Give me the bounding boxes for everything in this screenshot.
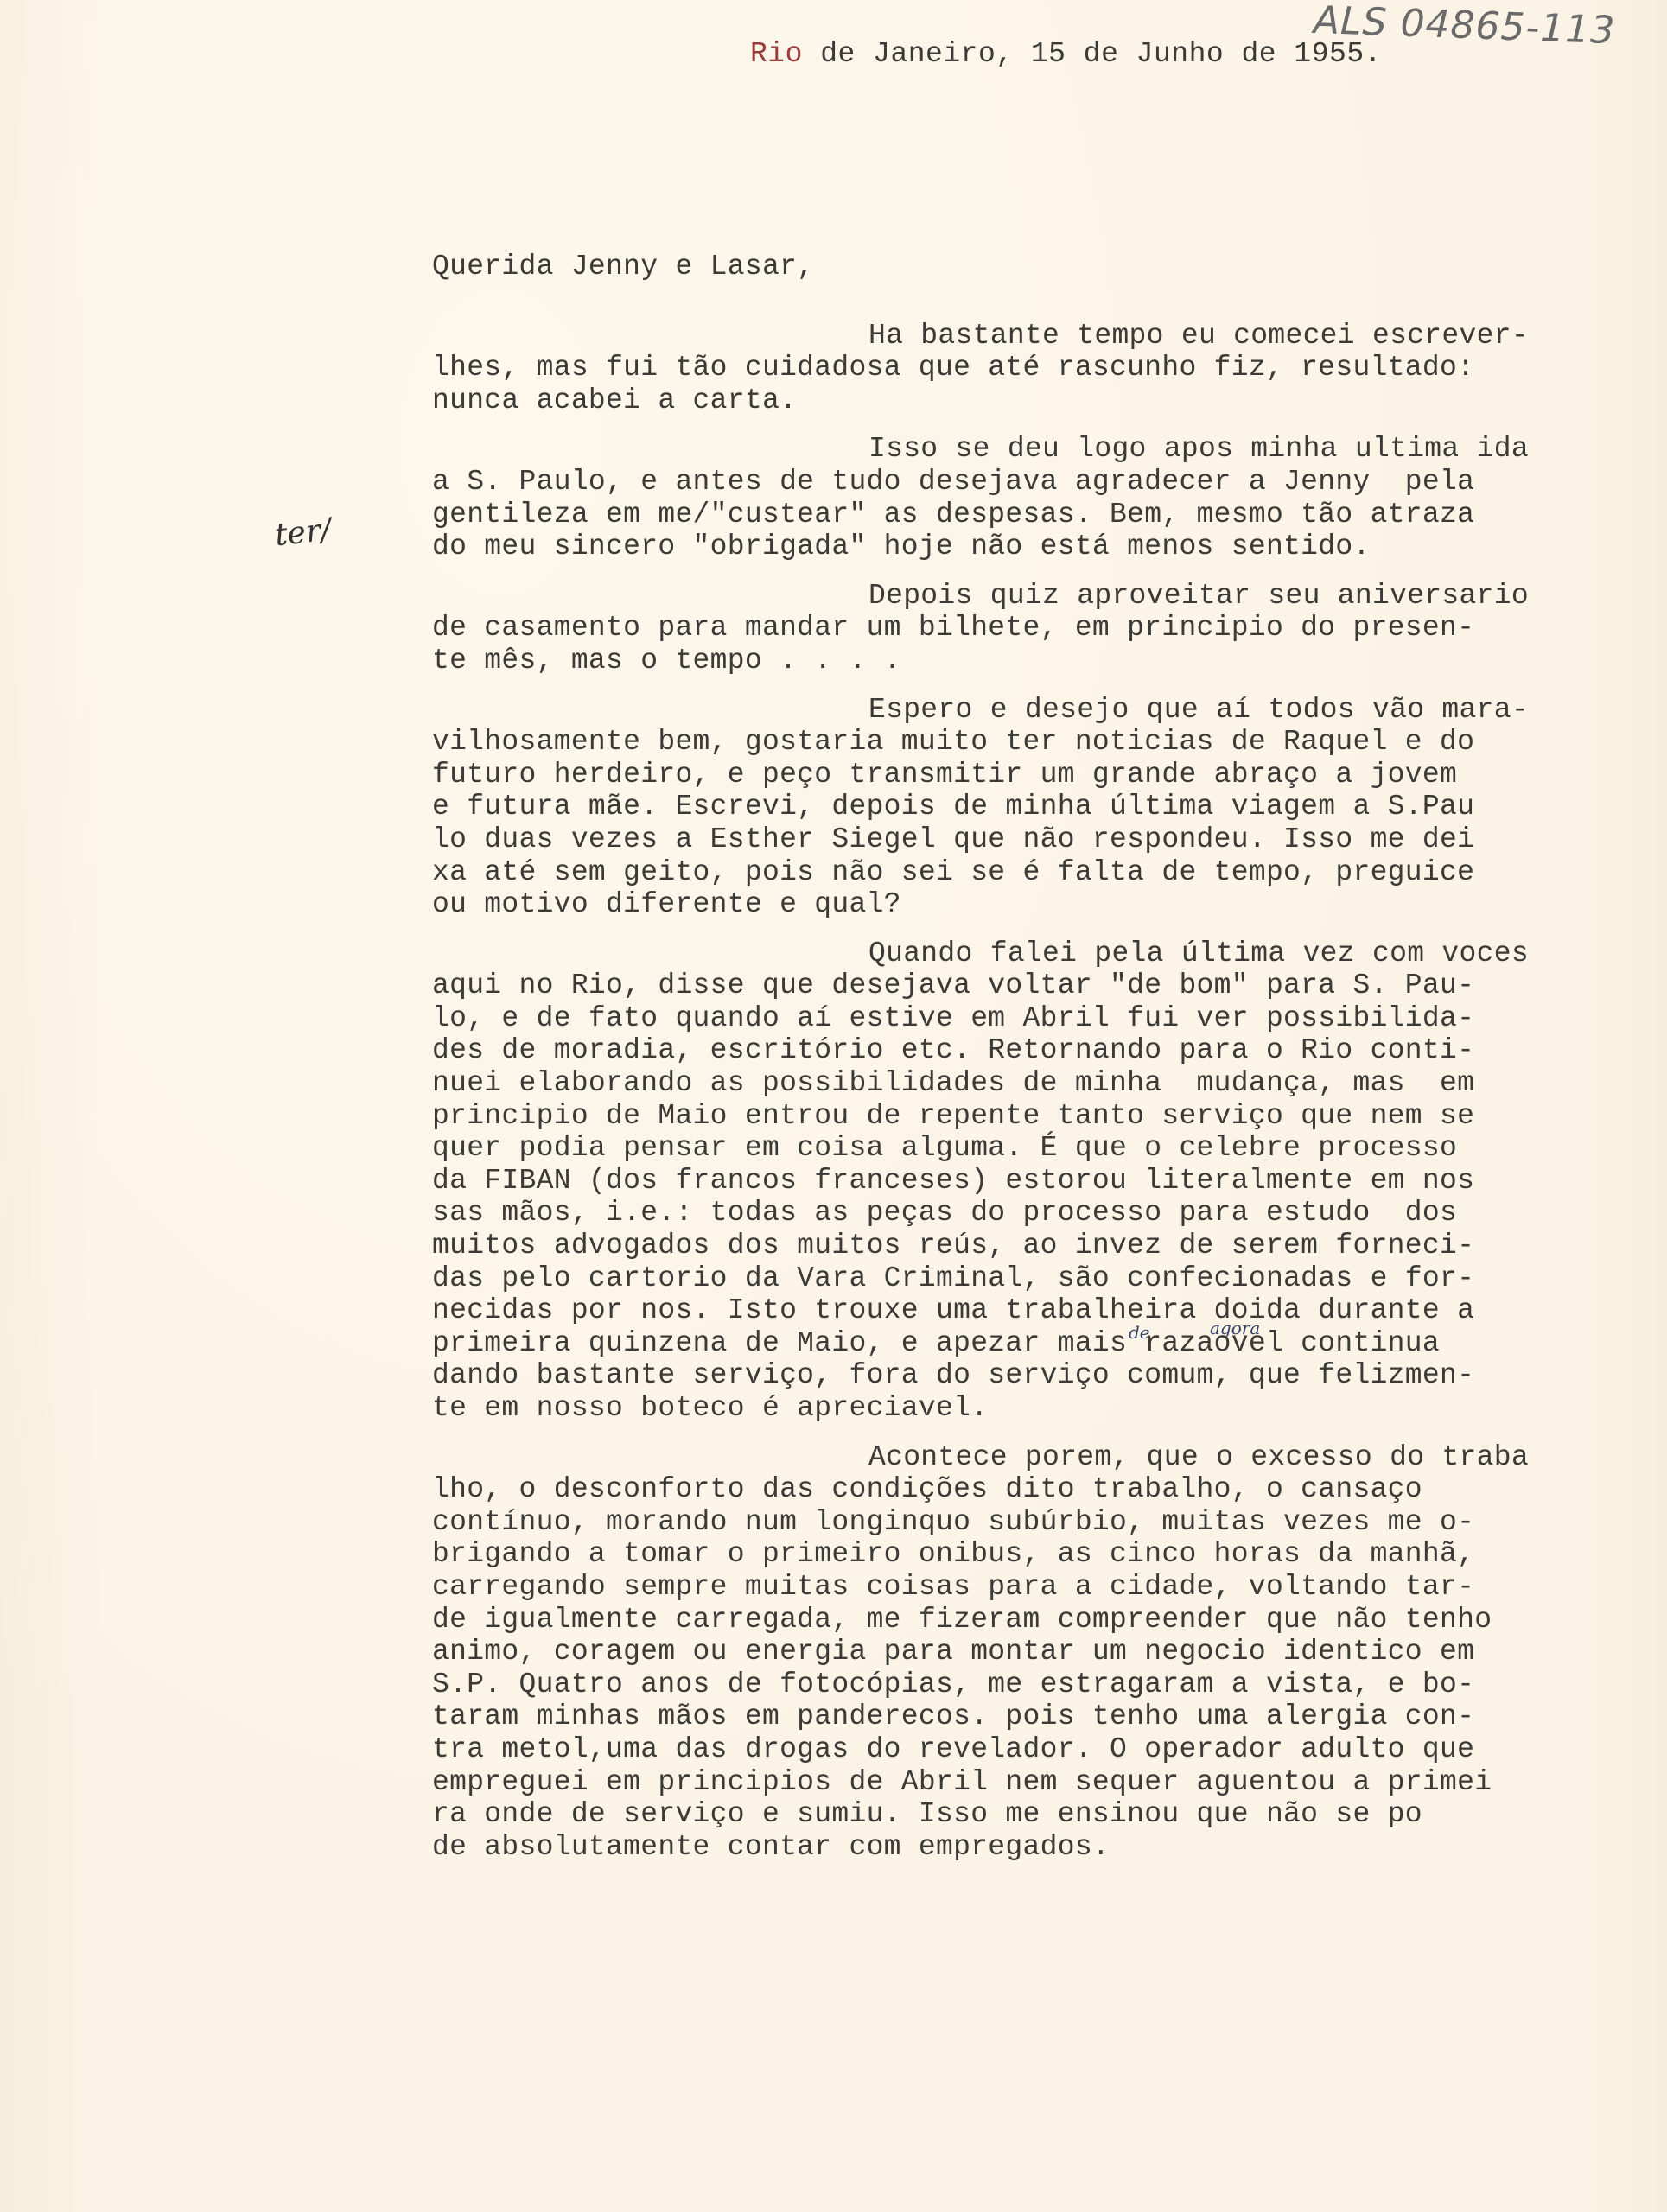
text-line: e futura mãe. Escrevi, depois de minha ú… <box>432 791 1642 823</box>
paragraph-1: Ha bastante tempo eu comecei escrever- l… <box>432 320 1642 417</box>
text-line: gentileza em me/"custear" as despesas. B… <box>432 499 1642 531</box>
text-line: lo, e de fato quando aí estive em Abril … <box>432 1002 1642 1035</box>
text-line: primeira quinzena de Maio, e apezar mais… <box>432 1327 1642 1360</box>
text-line: necidas por nos. Isto trouxe uma trabalh… <box>432 1294 1642 1327</box>
dateline: Rio de Janeiro, 15 de Junho de 1955. <box>750 38 1382 70</box>
text-line: Acontece porem, que o excesso do traba <box>432 1441 1642 1474</box>
paragraph-2: Isso se deu logo apos minha ultima ida a… <box>432 433 1642 563</box>
handwritten-margin-note: ter/ <box>273 512 333 554</box>
text-line: futuro herdeiro, e peço transmitir um gr… <box>432 759 1642 791</box>
text-line: aqui no Rio, disse que desejava voltar "… <box>432 969 1642 1002</box>
salutation: Querida Jenny e Lasar, <box>432 251 1642 283</box>
text-line: Ha bastante tempo eu comecei escrever- <box>432 320 1642 353</box>
text-line: tra metol,uma das drogas do revelador. O… <box>432 1733 1642 1766</box>
text-line: de absolutamente contar com empregados. <box>432 1831 1642 1864</box>
paragraph-4: Espero e desejo que aí todos vão mara- v… <box>432 694 1642 921</box>
text-line: brigando a tomar o primeiro onibus, as c… <box>432 1538 1642 1571</box>
text-line: xa até sem geito, pois não sei se é falt… <box>432 856 1642 889</box>
text-line: quer podia pensar em coisa alguma. É que… <box>432 1132 1642 1165</box>
text-line: muitos advogados dos muitos reús, ao inv… <box>432 1230 1642 1262</box>
text-line: contínuo, morando num longinquo subúrbio… <box>432 1506 1642 1539</box>
text-line: lo duas vezes a Esther Siegel que não re… <box>432 823 1642 856</box>
text-line: S.P. Quatro anos de fotocópias, me estra… <box>432 1669 1642 1701</box>
text-line: a S. Paulo, e antes de tudo desejava agr… <box>432 466 1642 499</box>
text-line: Isso se deu logo apos minha ultima ida <box>432 433 1642 466</box>
text-line: carregando sempre muitas coisas para a c… <box>432 1571 1642 1604</box>
text-line: do meu sincero "obrigada" hoje não está … <box>432 531 1642 563</box>
text-line: de casamento para mandar um bilhete, em … <box>432 612 1642 645</box>
text-line: ou motivo diferente e qual? <box>432 888 1642 921</box>
paragraph-6: Acontece porem, que o excesso do traba l… <box>432 1441 1642 1864</box>
text-line: vilhosamente bem, gostaria muito ter not… <box>432 726 1642 759</box>
text-line: lhes, mas fui tão cuidadosa que até rasc… <box>432 352 1642 385</box>
text-line: da FIBAN (dos francos franceses) estorou… <box>432 1165 1642 1198</box>
text-line: principio de Maio entrou de repente tant… <box>432 1100 1642 1133</box>
text-line: das pelo cartorio da Vara Criminal, são … <box>432 1262 1642 1295</box>
text-line: sas mãos, i.e.: todas as peças do proces… <box>432 1197 1642 1230</box>
text-line: nunca acabei a carta. <box>432 385 1642 417</box>
paragraph-3: Depois quiz aproveitar seu aniversario d… <box>432 580 1642 677</box>
text-line: te mês, mas o tempo . . . . <box>432 645 1642 677</box>
text-line: animo, coragem ou energia para montar um… <box>432 1636 1642 1669</box>
text-line: Quando falei pela última vez com voces <box>432 938 1642 970</box>
text-line: Espero e desejo que aí todos vão mara- <box>432 694 1642 727</box>
paragraph-5: Quando falei pela última vez com voces a… <box>432 938 1642 1425</box>
letter-body: Querida Jenny e Lasar, Ha bastante tempo… <box>432 251 1642 1879</box>
text-line: lho, o desconforto das condições dito tr… <box>432 1473 1642 1506</box>
text-line: ra onde de serviço e sumiu. Isso me ensi… <box>432 1798 1642 1831</box>
text-line: te em nosso boteco é apreciavel. <box>432 1392 1642 1425</box>
dateline-city: Rio <box>750 38 803 70</box>
text-line: Depois quiz aproveitar seu aniversario <box>432 580 1642 613</box>
text-line: taram minhas mãos em panderecos. pois te… <box>432 1700 1642 1733</box>
text-line: nuei elaborando as possibilidades de min… <box>432 1067 1642 1100</box>
text-line: empreguei em principios de Abril nem seq… <box>432 1766 1642 1799</box>
text-line: des de moradia, escritório etc. Retornan… <box>432 1034 1642 1067</box>
text-line: de igualmente carregada, me fizeram comp… <box>432 1604 1642 1637</box>
dateline-date: de Janeiro, 15 de Junho de 1955. <box>803 38 1382 70</box>
text-line: dando bastante serviço, fora do serviço … <box>432 1359 1642 1392</box>
